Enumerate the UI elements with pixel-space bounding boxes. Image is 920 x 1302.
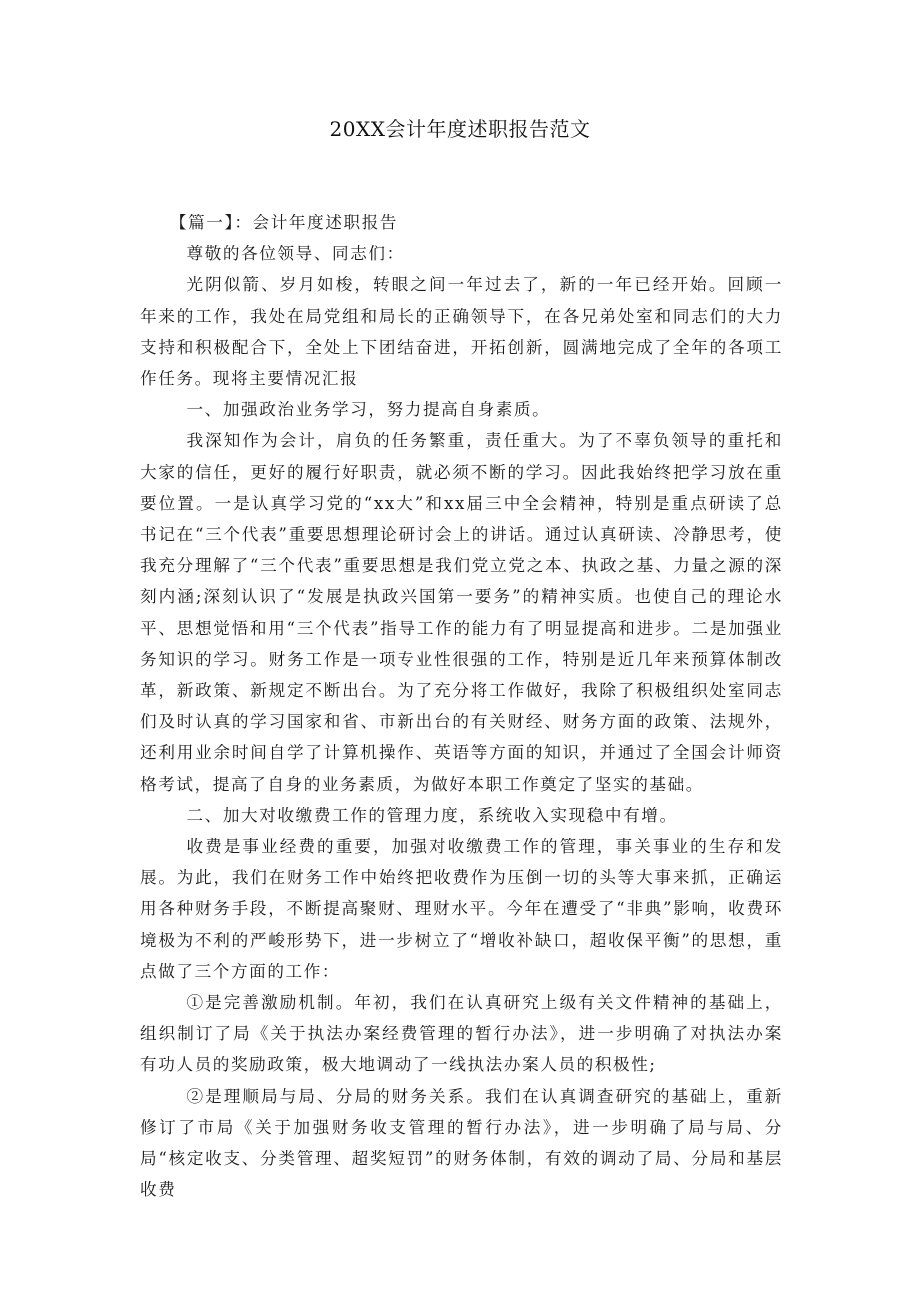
- section-label: 【篇一】：会计年度述职报告: [140, 207, 783, 238]
- document-body: 【篇一】：会计年度述职报告 尊敬的各位领导、同志们： 光阴似箭、岁月如梭，转眼之…: [140, 207, 783, 1206]
- paragraph-intro: 光阴似箭、岁月如梭，转眼之间一年过去了，新的一年已经开始。回顾一年来的工作，我处…: [140, 269, 783, 394]
- salutation: 尊敬的各位领导、同志们：: [140, 238, 783, 269]
- paragraph-item-2: ②是理顺局与局、分局的财务关系。我们在认真调查研究的基础上，重新修订了市局《关于…: [140, 1081, 783, 1206]
- paragraph-study: 我深知作为会计，肩负的任务繁重，责任重大。为了不辜负领导的重托和大家的信任，更好…: [140, 425, 783, 799]
- paragraph-fees: 收费是事业经费的重要，加强对收缴费工作的管理，事关事业的生存和发展。为此，我们在…: [140, 831, 783, 987]
- document-title: 20XX会计年度述职报告范文: [0, 114, 920, 144]
- heading-section-1: 一、加强政治业务学习，努力提高自身素质。: [140, 394, 783, 425]
- paragraph-item-1: ①是完善激励机制。年初，我们在认真研究上级有关文件精神的基础上，组织制订了局《关…: [140, 987, 783, 1081]
- heading-section-2: 二、加大对收缴费工作的管理力度，系统收入实现稳中有增。: [140, 800, 783, 831]
- document-page: 20XX会计年度述职报告范文 【篇一】：会计年度述职报告 尊敬的各位领导、同志们…: [0, 0, 920, 1302]
